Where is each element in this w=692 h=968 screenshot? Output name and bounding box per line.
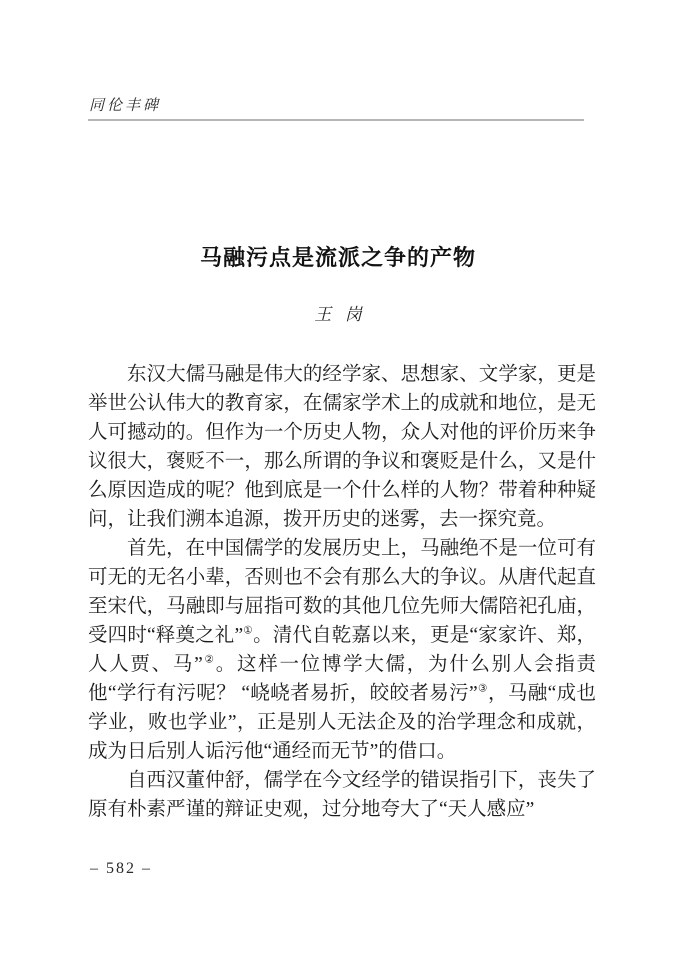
paragraph: 自西汉董仲舒，儒学在今文经学的错误指引下，丧失了原有朴素严谨的辩证史观，过分地夸… [88, 766, 596, 824]
paragraph: 东汉大儒马融是伟大的经学家、思想家、文学家，更是举世公认伟大的教育家，在儒家学术… [88, 360, 596, 534]
article-title: 马融污点是流派之争的产物 [88, 241, 588, 272]
header-rule [88, 119, 584, 121]
paragraph: 首先，在中国儒学的发展历史上，马融绝不是一位可有可无的无名小辈，否则也不会有那么… [88, 534, 596, 766]
running-header: 同伦丰碑 [89, 94, 161, 115]
footnote-marker: ② [203, 654, 216, 666]
footnote-marker: ① [243, 625, 253, 637]
author-name: 王岗 [88, 300, 588, 325]
book-page: 同伦丰碑 马融污点是流派之争的产物 王岗 东汉大儒马融是伟大的经学家、思想家、文… [0, 0, 692, 968]
page-number: – 582 – [90, 860, 152, 878]
body-text: 东汉大儒马融是伟大的经学家、思想家、文学家，更是举世公认伟大的教育家，在儒家学术… [88, 360, 596, 824]
footnote-marker: ③ [478, 683, 488, 695]
